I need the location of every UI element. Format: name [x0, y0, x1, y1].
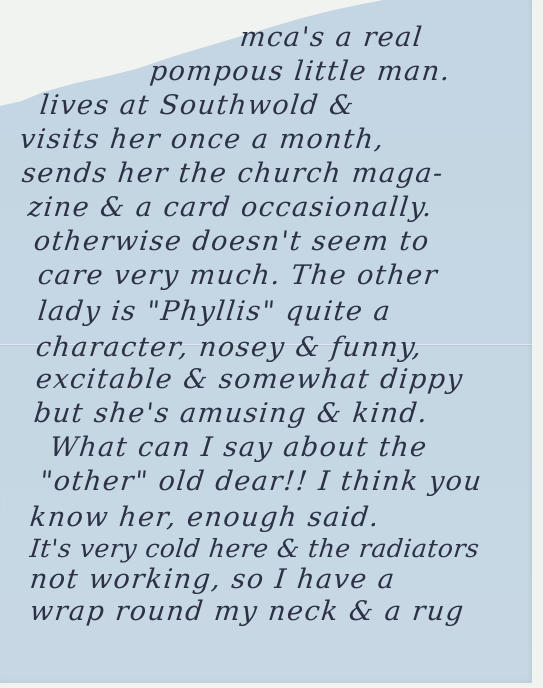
letter-line-13: What can I say about the — [48, 432, 429, 463]
letter-line-2: pompous little man. — [148, 56, 452, 87]
letter-line-12: but she's amusing & kind. — [32, 398, 430, 429]
letter-line-17: not working, so I have a — [28, 564, 397, 595]
letter-line-15: know her, enough said. — [28, 502, 381, 533]
letter-line-9: lady is "Phyllis" quite a — [36, 296, 392, 327]
letter-line-18: wrap round my neck & a rug — [28, 596, 466, 627]
letter-line-1: mca's a real — [238, 22, 424, 53]
letter-line-8: care very much. The other — [36, 260, 439, 291]
letter-line-6: zine & a card occasionally. — [26, 192, 434, 223]
letter-line-7: otherwise doesn't seem to — [32, 226, 431, 257]
letter-line-11: excitable & somewhat dippy — [34, 364, 465, 395]
letter-line-14: "other" old dear!! I think you — [38, 466, 484, 497]
letter-line-10: character, nosey & funny, — [34, 332, 424, 363]
letter-line-3: lives at Southwold & — [38, 90, 356, 121]
letter-line-4: visits her once a month, — [18, 124, 386, 155]
letter-line-16: It's very cold here & the radiators — [28, 534, 480, 563]
letter-line-5: sends her the church maga- — [20, 158, 445, 189]
